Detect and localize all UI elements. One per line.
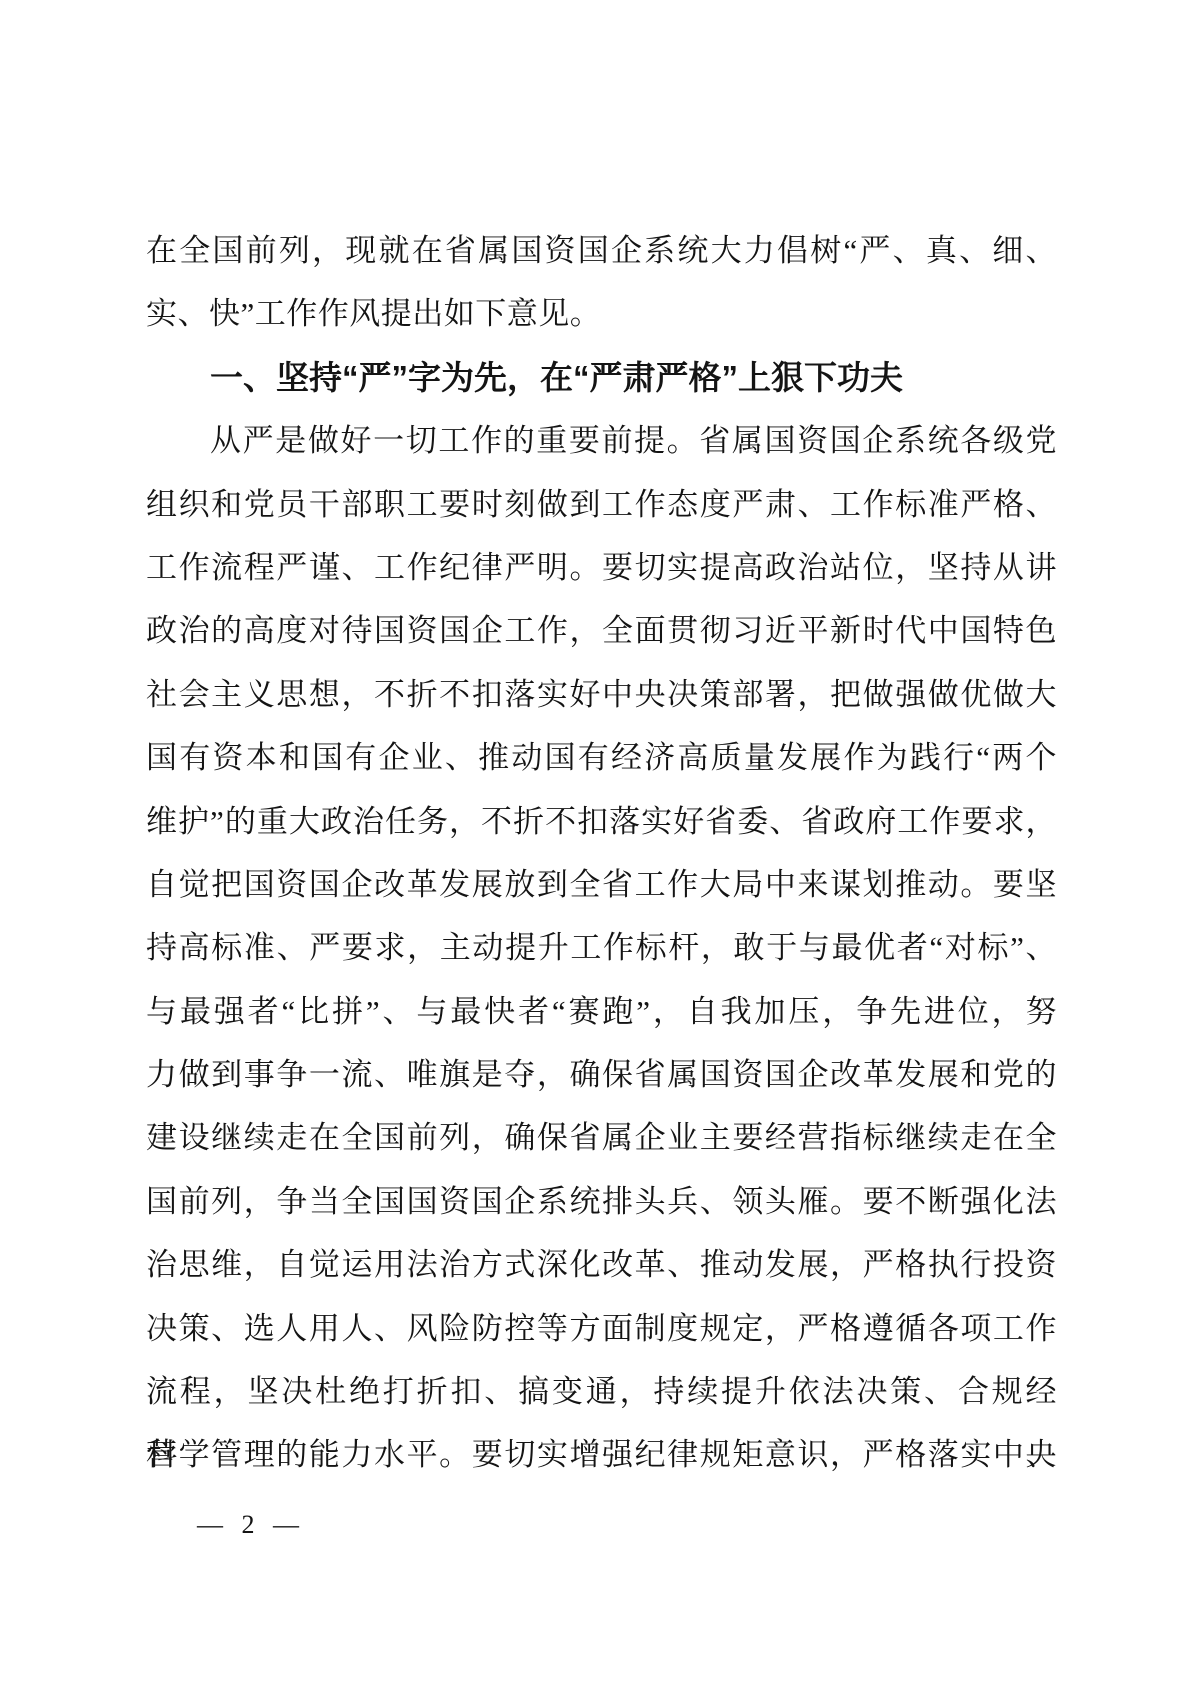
body-line: 国前列，争当全国国资国企系统排头兵、领头雁。要不断强化法 bbox=[146, 1170, 1057, 1233]
body-line: 社会主义思想，不折不扣落实好中央决策部署，把做强做优做大 bbox=[146, 663, 1057, 726]
body-line: 国有资本和国有企业、推动国有经济高质量发展作为践行“两个 bbox=[146, 726, 1057, 789]
body-line: 持高标准、严要求，主动提升工作标杆，敢于与最优者“对标”、 bbox=[146, 916, 1057, 979]
body-line: 建设继续走在全国前列，确保省属企业主要经营指标继续走在全 bbox=[146, 1106, 1057, 1169]
document-body: 在全国前列，现就在省属国资国企系统大力倡树“严、真、细、 实、快”工作作风提出如… bbox=[146, 219, 1057, 1487]
body-line: 流程，坚决杜绝打折扣、搞变通，持续提升依法决策、合规经营、 bbox=[146, 1360, 1057, 1423]
body-line: 在全国前列，现就在省属国资国企系统大力倡树“严、真、细、 bbox=[146, 219, 1057, 282]
body-line: 决策、选人用人、风险防控等方面制度规定，严格遵循各项工作 bbox=[146, 1297, 1057, 1360]
document-page: 在全国前列，现就在省属国资国企系统大力倡树“严、真、细、 实、快”工作作风提出如… bbox=[0, 0, 1200, 1697]
body-line: 工作流程严谨、工作纪律严明。要切实提高政治站位，坚持从讲 bbox=[146, 536, 1057, 599]
body-line: 政治的高度对待国资国企工作，全面贯彻习近平新时代中国特色 bbox=[146, 599, 1057, 662]
body-line: 与最强者“比拼”、与最快者“赛跑”，自我加压，争先进位，努 bbox=[146, 980, 1057, 1043]
body-line: 治思维，自觉运用法治方式深化改革、推动发展，严格执行投资 bbox=[146, 1233, 1057, 1296]
body-line: 实、快”工作作风提出如下意见。 bbox=[146, 282, 1057, 345]
body-line: 组织和党员干部职工要时刻做到工作态度严肃、工作标准严格、 bbox=[146, 473, 1057, 536]
section-heading: 一、坚持“严”字为先，在“严肃严格”上狠下功夫 bbox=[146, 346, 1057, 409]
body-line: 从严是做好一切工作的重要前提。省属国资国企系统各级党 bbox=[146, 409, 1057, 472]
body-line: 维护”的重大政治任务，不折不扣落实好省委、省政府工作要求， bbox=[146, 790, 1057, 853]
page-number: — 2 — bbox=[197, 1510, 305, 1540]
body-line: 力做到事争一流、唯旗是夺，确保省属国资国企改革发展和党的 bbox=[146, 1043, 1057, 1106]
body-line: 自觉把国资国企改革发展放到全省工作大局中来谋划推动。要坚 bbox=[146, 853, 1057, 916]
body-line: 科学管理的能力水平。要切实增强纪律规矩意识，严格落实中央 bbox=[146, 1423, 1057, 1486]
